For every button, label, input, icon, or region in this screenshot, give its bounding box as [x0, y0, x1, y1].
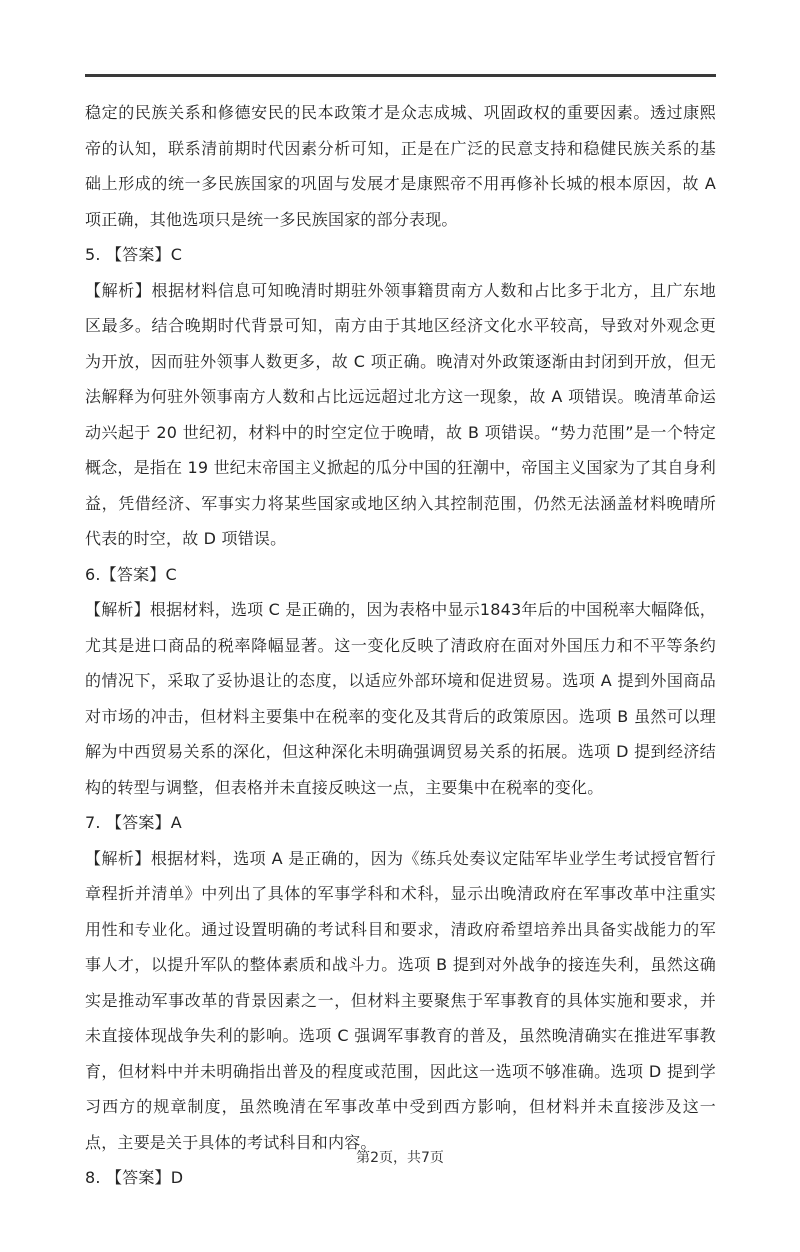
answer-line-5: 5. 【答案】C: [85, 237, 716, 273]
answer-item-7: 7. 【答案】A 【解析】根据材料，选项 A 是正确的，因为《练兵处奏议定陆军毕…: [85, 805, 716, 1160]
page-top-border: [85, 74, 716, 77]
answer-item-5: 5. 【答案】C 【解析】根据材料信息可知晚清时期驻外领事籍贯南方人数和占比多于…: [85, 237, 716, 557]
answer-line-6: 6.【答案】C: [85, 557, 716, 593]
analysis-paragraph-6: 【解析】根据材料，选项 C 是正确的，因为表格中显示1843年后的中国税率大幅降…: [85, 592, 716, 805]
answer-item-6: 6.【答案】C 【解析】根据材料，选项 C 是正确的，因为表格中显示1843年后…: [85, 557, 716, 806]
intro-continuation-paragraph: 稳定的民族关系和修德安民的民本政策才是众志成城、巩固政权的重要因素。透过康熙帝的…: [85, 95, 716, 237]
analysis-paragraph-5: 【解析】根据材料信息可知晚清时期驻外领事籍贯南方人数和占比多于北方，且广东地区最…: [85, 273, 716, 557]
page-number-footer: 第2页，共7页: [0, 1148, 800, 1168]
analysis-paragraph-7: 【解析】根据材料，选项 A 是正确的，因为《练兵处奏议定陆军毕业学生考试授官暂行…: [85, 841, 716, 1161]
document-page: 稳定的民族关系和修德安民的民本政策才是众志成城、巩固政权的重要因素。透过康熙帝的…: [0, 0, 800, 1252]
answer-key-content: 稳定的民族关系和修德安民的民本政策才是众志成城、巩固政权的重要因素。透过康熙帝的…: [85, 95, 716, 1196]
answer-line-7: 7. 【答案】A: [85, 805, 716, 841]
